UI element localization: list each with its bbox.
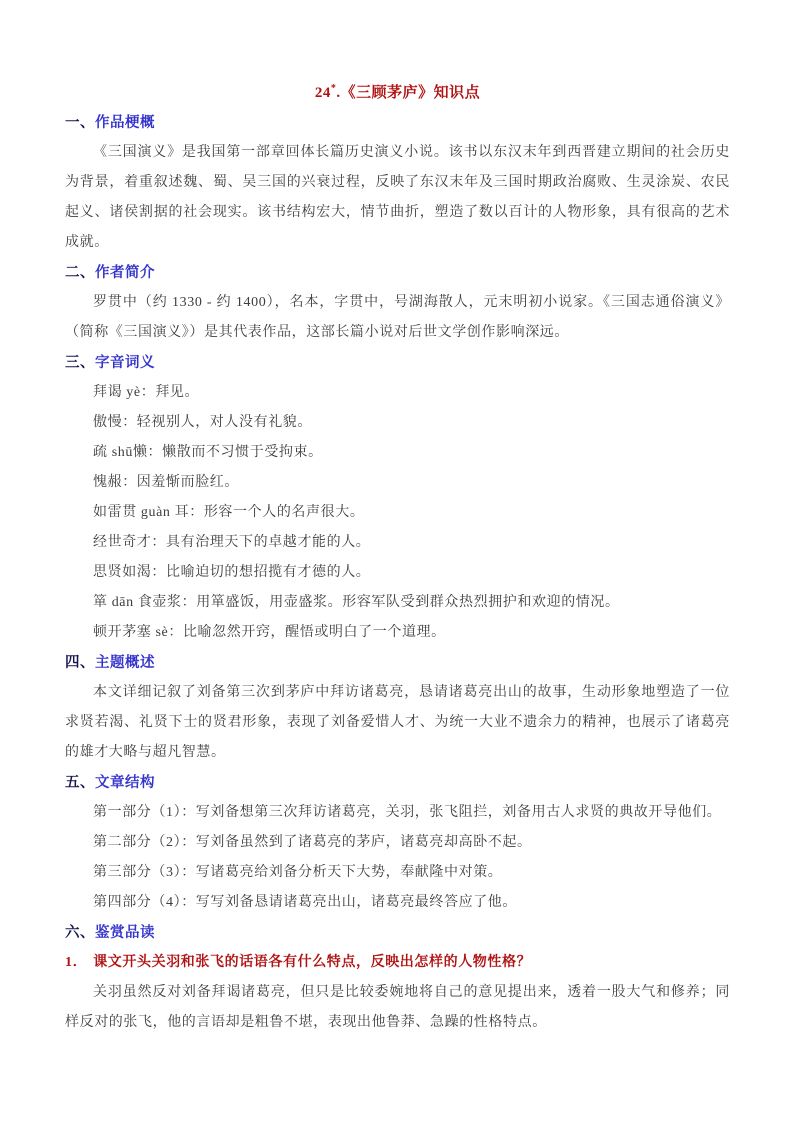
vocab-item: 傲慢：轻视别人，对人没有礼貌。	[65, 408, 730, 438]
section-heading-author-intro: 二、作者简介	[65, 258, 730, 288]
structure-part: 第二部分（2）：写刘备虽然到了诸葛亮的茅庐，诸葛亮却高卧不起。	[65, 828, 730, 858]
section-number: 一、	[65, 115, 95, 131]
structure-part: 第一部分（1）：写刘备想第三次拜访诸葛亮，关羽，张飞阻拦，刘备用古人求贤的典故开…	[65, 798, 730, 828]
work-overview-paragraph: 《三国演义》是我国第一部章回体长篇历史演义小说。该书以东汉末年到西晋建立期间的社…	[65, 138, 730, 258]
section-heading-theme-summary: 四、主题概述	[65, 648, 730, 678]
vocab-item: 拜谒 yè：拜见。	[65, 378, 730, 408]
lesson-number: 24	[315, 85, 331, 101]
section-number: 四、	[65, 655, 95, 671]
section-heading-work-overview: 一、作品梗概	[65, 108, 730, 138]
document-page: 24*.《三顾茅庐》知识点 一、作品梗概 《三国演义》是我国第一部章回体长篇历史…	[0, 0, 793, 1122]
section-title: 文章结构	[95, 775, 155, 791]
section-title: 作品梗概	[95, 115, 155, 131]
structure-part: 第四部分（4）：写写刘备恳请诸葛亮出山，诸葛亮最终答应了他。	[65, 888, 730, 918]
vocab-item: 如雷贯 guàn 耳：形容一个人的名声很大。	[65, 498, 730, 528]
vocab-item: 经世奇才：具有治理天下的卓越才能的人。	[65, 528, 730, 558]
vocab-item: 疏 shū懒：懒散而不习惯于受拘束。	[65, 438, 730, 468]
section-heading-pronunciation-meaning: 三、字音词义	[65, 348, 730, 378]
section-number: 五、	[65, 775, 95, 791]
section-number: 三、	[65, 355, 95, 371]
appreciation-answer-1: 关羽虽然反对刘备拜谒诸葛亮，但只是比较委婉地将自己的意见提出来，透着一股大气和修…	[65, 978, 730, 1038]
theme-summary-paragraph: 本文详细记叙了刘备第三次到茅庐中拜访诸葛亮，恳请诸葛亮出山的故事，生动形象地塑造…	[65, 678, 730, 768]
section-title: 鉴赏品读	[95, 925, 155, 941]
vocab-item: 思贤如渴：比喻迫切的想招揽有才德的人。	[65, 558, 730, 588]
question-text: 课文开头关羽和张飞的话语各有什么特点，反映出怎样的人物性格？	[93, 955, 531, 970]
appreciation-question-1: 1．课文开头关羽和张飞的话语各有什么特点，反映出怎样的人物性格？	[65, 948, 730, 978]
vocab-item: 愧赧：因羞惭而脸红。	[65, 468, 730, 498]
vocab-item: 顿开茅塞 sè：比喻忽然开窍，醒悟或明白了一个道理。	[65, 618, 730, 648]
page-title: 24*.《三顾茅庐》知识点	[65, 74, 730, 108]
title-text: .《三顾茅庐》知识点	[336, 85, 480, 101]
section-number: 六、	[65, 925, 95, 941]
structure-part: 第三部分（3）：写诸葛亮给刘备分析天下大势，奉献隆中对策。	[65, 858, 730, 888]
section-number: 二、	[65, 265, 95, 281]
section-title: 作者简介	[95, 265, 155, 281]
question-number: 1．	[65, 955, 87, 970]
section-title: 主题概述	[95, 655, 155, 671]
author-intro-paragraph: 罗贯中（约 1330 - 约 1400），名本，字贯中，号湖海散人，元末明初小说…	[65, 288, 730, 348]
vocab-item: 箪 dān 食壶浆：用箪盛饭，用壶盛浆。形容军队受到群众热烈拥护和欢迎的情况。	[65, 588, 730, 618]
section-title: 字音词义	[95, 355, 155, 371]
section-heading-text-structure: 五、文章结构	[65, 768, 730, 798]
section-heading-appreciation-reading: 六、鉴赏品读	[65, 918, 730, 948]
